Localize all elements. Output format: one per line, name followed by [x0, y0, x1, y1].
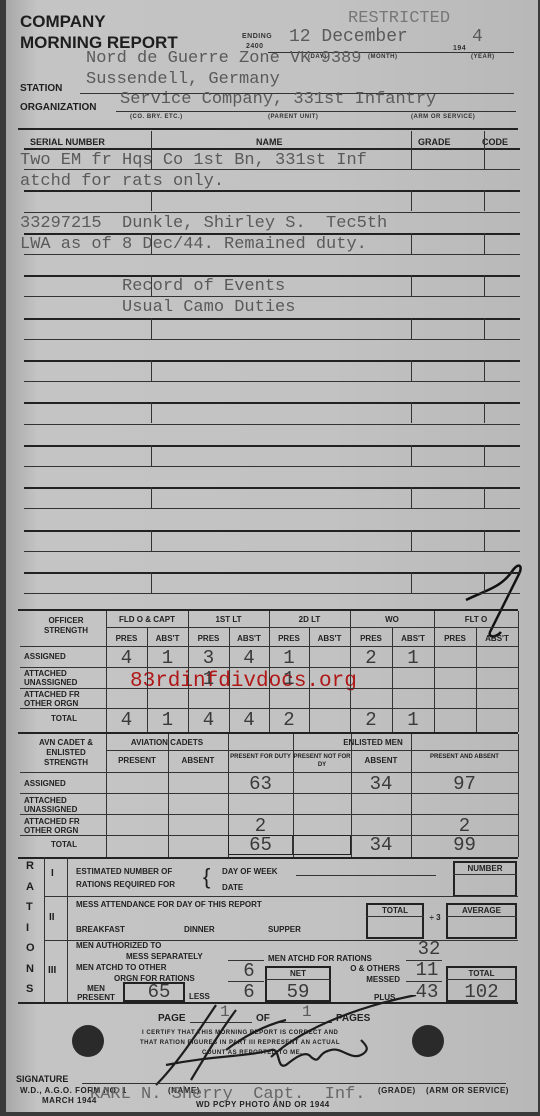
entry-column-divider [484, 572, 485, 593]
atchd-for-rations-label: MEN ATCHD FOR RATIONS [268, 954, 372, 963]
entry-column-divider [411, 487, 412, 508]
breakfast-label: BREAKFAST [76, 925, 125, 934]
rations-letter: N [26, 963, 34, 975]
estimated-rations-line2: RATIONS REQUIRED FOR [76, 880, 175, 889]
entry-column-divider [411, 131, 412, 169]
officer-group-header: 2D LT [269, 615, 350, 624]
enlisted-count: 34 [351, 834, 411, 856]
officer-subhead: ABS'T [476, 634, 518, 643]
station-label: STATION [20, 83, 62, 94]
officer-col-divider [476, 628, 477, 732]
section-i-bottom [44, 896, 518, 897]
divide-by-three: ÷ 3 [429, 913, 441, 922]
rations-letter: O [26, 942, 35, 954]
mess-total-divider [366, 916, 424, 917]
entry-rule [24, 445, 520, 447]
atchd-other-value: 6 [234, 960, 264, 982]
officer-col-divider [309, 628, 310, 732]
month-sublabel: (MONTH) [368, 54, 398, 60]
entries-top-rule [18, 128, 518, 130]
entry-rule [24, 296, 520, 297]
enlisted-row-label: ASSIGNED [24, 779, 104, 788]
entry-column-divider [484, 402, 485, 423]
form-date: MARCH 1944 [42, 1096, 97, 1105]
signature-label: SIGNATURE [16, 1074, 68, 1084]
rations-total-label: TOTAL [448, 969, 515, 978]
officer-row-label: ATTACHED UNASSIGNED [24, 669, 104, 687]
organization-value: Service Company, 331st Infantry [120, 90, 436, 109]
officer-count: 4 [106, 709, 147, 731]
officer-group-divider [518, 611, 519, 732]
entry-column-divider [411, 530, 412, 551]
enlisted-col-divider [518, 734, 519, 857]
officer-count: 1 [269, 647, 309, 669]
officer-count: 4 [106, 647, 147, 669]
enlisted-subhead: PRESENT [106, 757, 168, 765]
enlisted-row-label: ATTACHED UNASSIGNED [24, 796, 104, 814]
entry-rule [24, 233, 520, 235]
day-of-week-field[interactable] [296, 875, 436, 876]
entry-column-divider [484, 233, 485, 254]
entry-rule [24, 190, 520, 192]
officer-group-header: FLT O [434, 615, 518, 624]
handwritten-signature [96, 995, 426, 1090]
officer-group-header: WO [350, 615, 434, 624]
officer-top-rule [18, 609, 518, 611]
entry-line-5: LWA as of 8 Dec/44. Remained duty. [20, 235, 367, 254]
enlisted-count: 34 [351, 773, 411, 795]
officer-count: 1 [147, 647, 188, 669]
entry-rule [24, 381, 520, 382]
enlisted-subhead: PRESENT FOR DUTY [228, 753, 293, 761]
entry-line-4: 33297215 Dunkle, Shirley S. Tec5th [20, 214, 387, 233]
average-box-divider [446, 916, 517, 917]
officer-subhead: PRES [434, 634, 476, 643]
section-ii-numeral: II [49, 912, 55, 923]
estimated-rations-line1: ESTIMATED NUMBER OF [76, 867, 172, 876]
enlisted-subhead: PRESENT AND ABSENT [411, 753, 518, 761]
rations-letter: I [26, 922, 29, 934]
location-line: Nord de Guerre Zone VK 9389 [86, 49, 361, 68]
officer-group-rule [106, 627, 518, 628]
officer-count: 4 [188, 709, 229, 731]
entry-rule [24, 254, 520, 255]
enlisted-subhead: ABSENT [351, 757, 411, 765]
net-label: NET [267, 969, 329, 978]
entry-column-divider [411, 233, 412, 254]
grade-sublabel: (GRADE) [378, 1086, 416, 1095]
rations-numeral-divider [67, 857, 68, 1002]
officer-count: 1 [269, 668, 309, 690]
entry-rule [24, 487, 520, 489]
officer-count: 3 [188, 647, 229, 669]
year-sublabel: (YEAR) [471, 54, 495, 60]
enlisted-col-divider [168, 734, 169, 857]
officer-count: 1 [188, 668, 229, 690]
entry-column-divider [484, 318, 485, 339]
dinner-label: DINNER [184, 925, 215, 934]
officer-subhead: PRES [188, 634, 229, 643]
authorized-line2: MESS SEPARATELY [126, 952, 203, 961]
officer-count: 1 [392, 647, 434, 669]
officer-subhead: ABS'T [229, 634, 269, 643]
net-box-divider [265, 979, 331, 980]
entry-column-divider [411, 318, 412, 339]
col-grade: GRADE [418, 137, 451, 147]
rations-total-divider [446, 979, 517, 980]
entry-column-divider [151, 487, 152, 508]
enlisted-men-header: ENLISTED MEN [228, 738, 518, 747]
enlisted-top-rule [18, 732, 518, 734]
entry-column-divider [411, 572, 412, 593]
officer-subhead: PRES [269, 634, 309, 643]
report-date: 12 December [289, 27, 408, 47]
rations-side-divider [44, 857, 45, 1002]
entry-column-divider [151, 190, 152, 211]
enlisted-col-divider [106, 734, 107, 857]
entry-column-divider [484, 275, 485, 296]
enlisted-count: 65 [228, 834, 293, 856]
rations-total-value: 102 [448, 981, 515, 1003]
entry-rule [24, 424, 520, 425]
number-box-divider [453, 874, 517, 875]
o-others-value: 11 [412, 959, 442, 981]
entry-column-divider [411, 190, 412, 211]
printing-note: WD PCPY PHOTO AND OR 1944 [196, 1100, 330, 1109]
entry-column-divider [484, 530, 485, 551]
entry-rule [24, 169, 520, 170]
officer-group-header: FLD O & CAPT [106, 615, 188, 624]
entry-column-divider [411, 360, 412, 381]
officer-group-header: 1ST LT [188, 615, 269, 624]
enlisted-subhead: ABSENT [168, 757, 228, 765]
entry-rule [24, 551, 520, 552]
entry-rule [24, 212, 520, 213]
ending-label: ENDING [242, 33, 272, 40]
entry-rule [24, 148, 520, 150]
officer-count: 4 [229, 709, 269, 731]
date-label: DATE [222, 883, 243, 892]
year-prefix: 194 [453, 45, 466, 52]
entry-column-divider [411, 275, 412, 296]
organization-label: ORGANIZATION [20, 102, 96, 113]
year-value: 4 [472, 27, 483, 47]
entry-column-divider [151, 233, 152, 254]
entry-column-divider [151, 131, 152, 169]
rations-letter: S [26, 983, 33, 995]
o-others-line1: O & OTHERS [340, 964, 400, 973]
atchd-for-rations-value: 32 [414, 938, 444, 960]
entry-rule [24, 466, 520, 467]
entry-line-1: Two EM fr Hqs Co 1st Bn, 331st Inf [20, 151, 367, 170]
o-others-line2: MESSED [340, 975, 400, 984]
record-of-events-text: Usual Camo Duties [20, 298, 295, 317]
morning-report-form: COMPANY MORNING REPORT RESTRICTED ENDING… [6, 0, 538, 1112]
col-name: NAME [256, 137, 283, 147]
brace: { [203, 864, 210, 890]
officer-count: 2 [269, 709, 309, 731]
org-sublabel-co: (CO. BRY. ETC.) [130, 114, 183, 120]
officer-row-label: ATTACHED FR OTHER ORGN [24, 690, 104, 708]
entry-rule [24, 360, 520, 362]
org-sublabel-parent: (PARENT UNIT) [268, 114, 318, 120]
entry-rule [24, 530, 520, 532]
enlisted-count: 63 [228, 773, 293, 795]
officer-count: 1 [147, 709, 188, 731]
officer-row-label: ASSIGNED [24, 652, 104, 661]
rations-letter: T [26, 901, 33, 913]
station-value: Sussendell, Germany [86, 70, 280, 89]
day-of-week-label: DAY OF WEEK [222, 867, 278, 876]
officer-count: 2 [350, 647, 392, 669]
rations-top-rule [18, 857, 518, 859]
authorized-line1: MEN AUTHORIZED TO [76, 941, 161, 950]
signature-line[interactable] [82, 1083, 506, 1084]
entry-column-divider [411, 445, 412, 466]
col-serial-number: SERIAL NUMBER [30, 137, 105, 147]
mess-attendance-title: MESS ATTENDANCE FOR DAY OF THIS REPORT [76, 900, 262, 909]
enlisted-count: 99 [411, 834, 518, 856]
entry-column-divider [484, 190, 485, 211]
organization-underline [116, 111, 516, 112]
section-iii-numeral: III [48, 965, 56, 976]
entry-line-2: atchd for rats only. [20, 172, 224, 191]
entry-column-divider [151, 275, 152, 296]
mess-total-label: TOTAL [368, 906, 422, 915]
enlisted-strength-title: AVN CADET & ENLISTED STRENGTH [24, 738, 108, 768]
officer-subhead: PRES [350, 634, 392, 643]
entry-rule [24, 275, 520, 277]
rations-letter: A [26, 881, 34, 893]
officer-count: 2 [350, 709, 392, 731]
entry-rule [24, 593, 520, 594]
enlisted-count: 97 [411, 773, 518, 795]
officer-row-label: TOTAL [24, 714, 104, 723]
enlisted-row-label: ATTACHED FR OTHER ORGN [24, 817, 104, 835]
entry-rule [24, 339, 520, 340]
officer-subhead: ABS'T [147, 634, 188, 643]
classification-stamp: RESTRICTED [348, 9, 450, 28]
entry-column-divider [484, 131, 485, 169]
aviation-cadets-header: AVIATION CADETS [106, 738, 228, 747]
supper-label: SUPPER [268, 925, 301, 934]
officer-count: 1 [392, 709, 434, 731]
entry-column-divider [151, 360, 152, 381]
officer-subhead: PRES [106, 634, 147, 643]
entry-rule [24, 318, 520, 320]
entry-column-divider [411, 402, 412, 423]
officer-subhead: ABS'T [392, 634, 434, 643]
entry-column-divider [151, 572, 152, 593]
rations-letter: R [26, 860, 34, 872]
entry-column-divider [484, 360, 485, 381]
entry-column-divider [151, 530, 152, 551]
form-title-line1: COMPANY [20, 12, 106, 32]
watermark: 83rdinfdivdocs.org [130, 670, 357, 693]
enlisted-row-label: TOTAL [24, 840, 104, 849]
entry-rule [24, 402, 520, 404]
enlisted-subhead: PRESENT NOT FOR DY [293, 753, 351, 769]
enlisted-group-rule [106, 750, 518, 751]
officer-count: 4 [229, 647, 269, 669]
entry-column-divider [151, 402, 152, 423]
average-label: AVERAGE [448, 906, 515, 915]
number-label: NUMBER [455, 864, 515, 873]
entry-column-divider [484, 487, 485, 508]
arm-sublabel: (ARM OR SERVICE) [426, 1086, 509, 1095]
entry-column-divider [484, 445, 485, 466]
officer-strength-title: OFFICER STRENGTH [26, 616, 106, 636]
officer-group-divider [434, 611, 435, 732]
entry-rule [24, 572, 520, 574]
entry-column-divider [151, 445, 152, 466]
col-code: CODE [482, 137, 508, 147]
org-sublabel-arm: (ARM OR SERVICE) [411, 114, 475, 120]
atchd-other-line1: MEN ATCHD TO OTHER [76, 963, 167, 972]
record-of-events-heading: Record of Events [20, 277, 285, 296]
entry-column-divider [151, 318, 152, 339]
officer-subhead: ABS'T [309, 634, 350, 643]
section-i-numeral: I [51, 868, 54, 879]
entry-rule [24, 508, 520, 509]
